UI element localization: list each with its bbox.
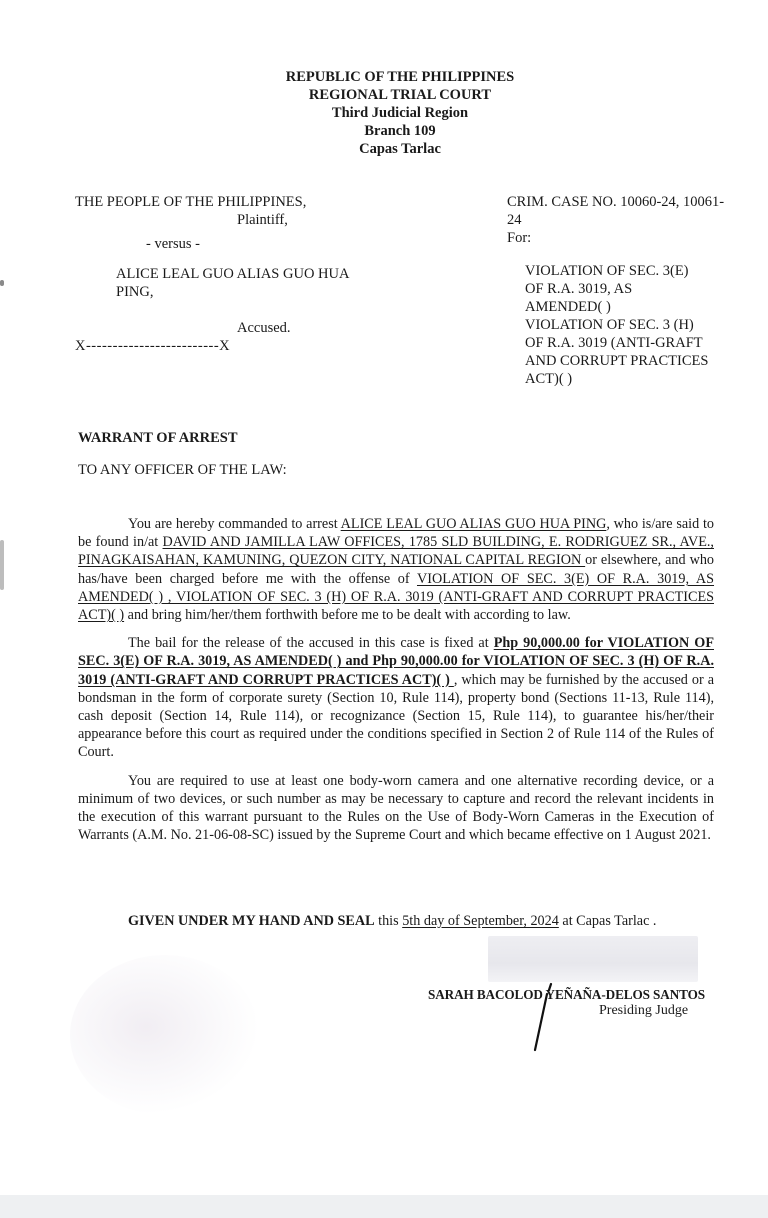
scan-bottom-edge [0, 1195, 768, 1218]
accused-name: ALICE LEAL GUO ALIAS GUO HUA PING, [75, 265, 376, 301]
warrant-document: REPUBLIC OF THE PHILIPPINES REGIONAL TRI… [0, 0, 768, 1218]
accused-name-underlined: ALICE LEAL GUO ALIAS GUO HUA PING [341, 516, 607, 532]
judge-name: SARAH BACOLOD YEÑAÑA-DELOS SANTOS [428, 987, 705, 1003]
header-court: REGIONAL TRIAL COURT [250, 86, 550, 104]
paragraph-text: You are hereby commanded to arrest [128, 516, 341, 532]
given-place: at Capas Tarlac . [559, 913, 657, 929]
header-region: Third Judicial Region [250, 104, 550, 122]
command-paragraph: You are hereby commanded to arrest ALICE… [78, 515, 714, 624]
offense-item: VIOLATION OF SEC. 3 (H) OF R.A. 3019 (AN… [525, 316, 710, 388]
document-title: WARRANT OF ARREST [78, 430, 238, 447]
given-line: GIVEN UNDER MY HAND AND SEAL this 5th da… [128, 913, 728, 930]
plaintiff-label: Plaintiff, [75, 211, 395, 229]
header-location: Capas Tarlac [250, 140, 550, 158]
case-caption-details: CRIM. CASE NO. 10060-24, 10061-24 For: V… [507, 193, 727, 388]
judge-title: Presiding Judge [599, 1003, 688, 1019]
addressee: TO ANY OFFICER OF THE LAW: [78, 462, 287, 479]
accused-label: Accused. [75, 319, 395, 337]
paragraph-text: and bring him/her/them forthwith before … [124, 607, 571, 623]
signature-mark [525, 980, 565, 1055]
body-camera-paragraph: You are required to use at least one bod… [78, 772, 714, 845]
given-lead: GIVEN UNDER MY HAND AND SEAL [128, 913, 375, 929]
caption-separator: X-------------------------X [75, 337, 395, 355]
header-republic: REPUBLIC OF THE PHILIPPINES [250, 68, 550, 86]
court-header: REPUBLIC OF THE PHILIPPINES REGIONAL TRI… [250, 68, 550, 158]
header-branch: Branch 109 [250, 122, 550, 140]
for-label: For: [507, 229, 727, 247]
offense-list: VIOLATION OF SEC. 3(E) OF R.A. 3019, AS … [507, 262, 710, 388]
case-caption-parties: THE PEOPLE OF THE PHILIPPINES, Plaintiff… [75, 193, 395, 355]
bail-paragraph: The bail for the release of the accused … [78, 634, 714, 761]
warrant-body: You are hereby commanded to arrest ALICE… [78, 515, 714, 854]
paragraph-text: The bail for the release of the accused … [128, 635, 494, 651]
offense-item: VIOLATION OF SEC. 3(E) OF R.A. 3019, AS … [525, 262, 710, 316]
scan-edge-mark [0, 280, 4, 286]
scan-edge-shadow [0, 540, 4, 590]
case-number: CRIM. CASE NO. 10060-24, 10061-24 [507, 193, 727, 229]
plaintiff-name: THE PEOPLE OF THE PHILIPPINES, [75, 193, 395, 211]
versus-label: - versus - [75, 235, 395, 253]
court-seal-stamp [70, 955, 260, 1115]
given-text: this [375, 913, 403, 929]
given-date: 5th day of September, 2024 [402, 913, 559, 929]
redaction-box [488, 936, 698, 982]
